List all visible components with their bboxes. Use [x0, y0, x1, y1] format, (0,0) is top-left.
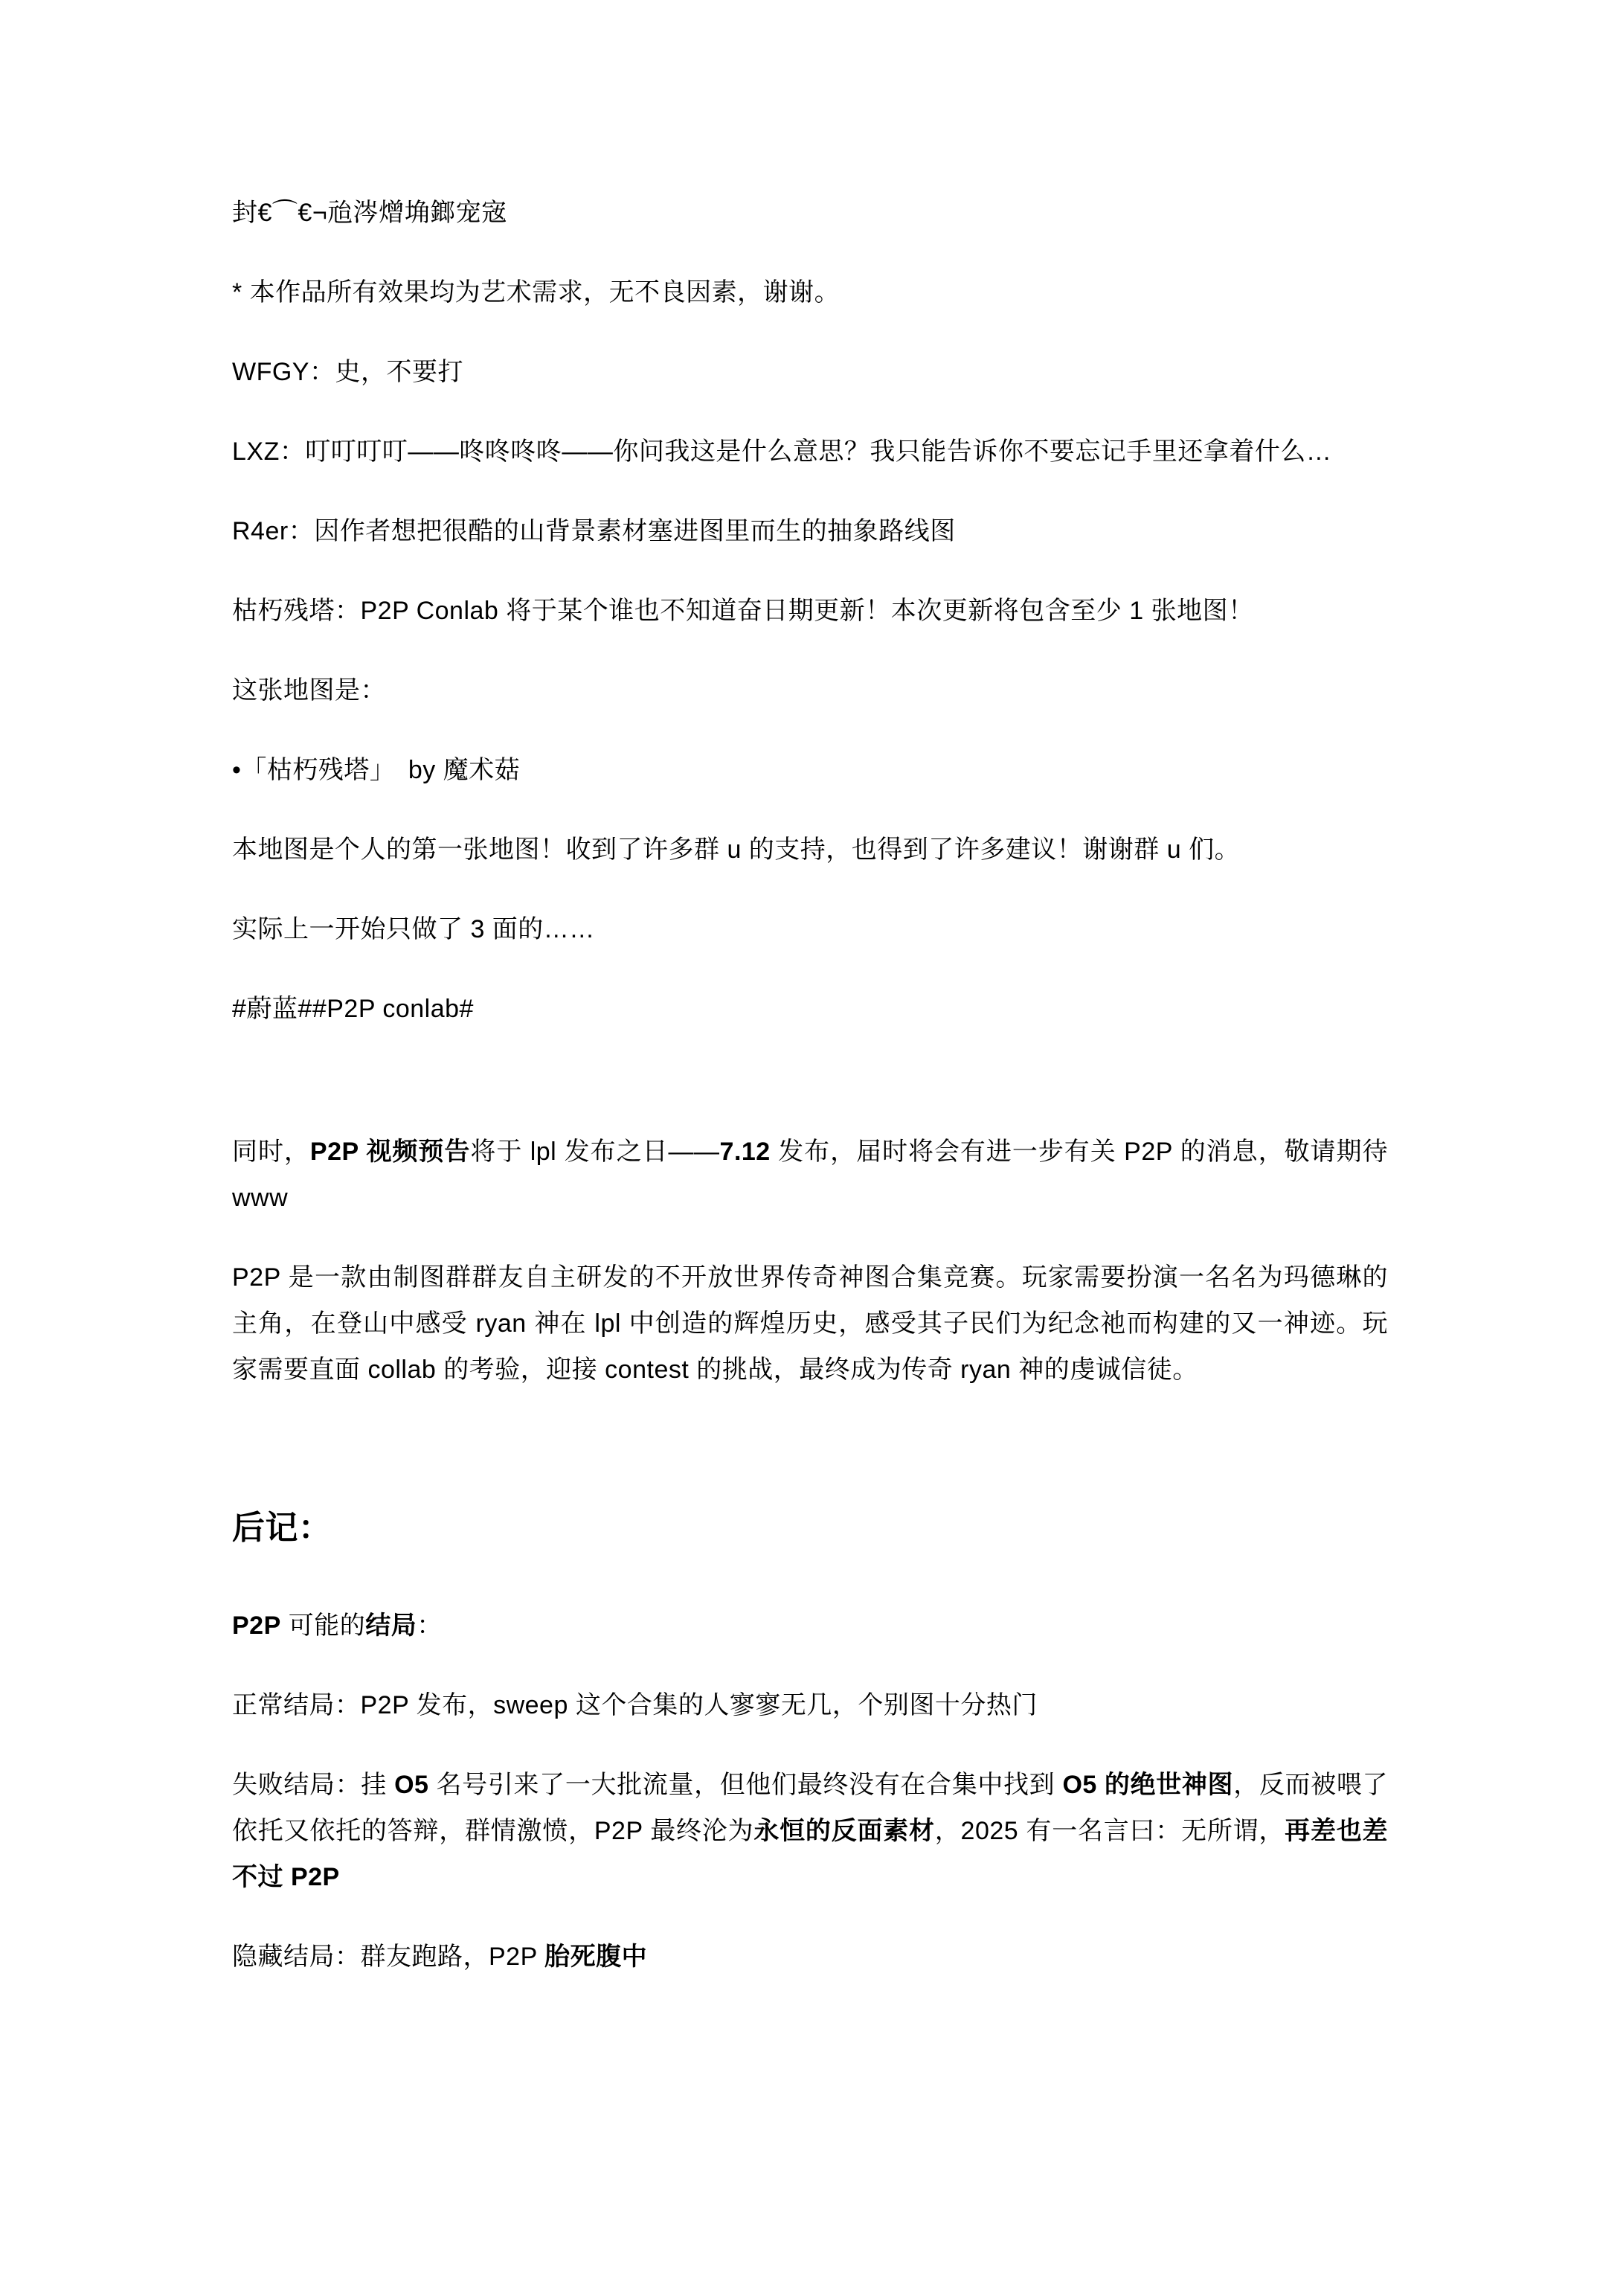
p2p-description: P2P 是一款由制图群群友自主研发的不开放世界传奇神图合集竞赛。玩家需要扮演一名…	[232, 1254, 1388, 1393]
text-run: 失败结局：挂	[232, 1771, 394, 1799]
text-run: R4er：因作者想把很酷的山背景素材塞进图里而生的抽象路线图	[232, 517, 956, 545]
document-body: 封€⌒€¬兘涔熷埆鎯宠宼* 本作品所有效果均为艺术需求，无不良因素，谢谢。WFG…	[232, 190, 1388, 1980]
endings-intro: P2P 可能的结局：	[232, 1603, 1388, 1649]
text-run: 永恒的反面素材	[753, 1817, 934, 1845]
ending-hidden: 隐藏结局：群友跑路，P2P 胎死腹中	[232, 1934, 1388, 1980]
map-bullet-item: •「枯朽残塔」 by 魔术菇	[232, 747, 1388, 793]
blank-line	[232, 1065, 1388, 1095]
text-run: * 本作品所有效果均为艺术需求，无不良因素，谢谢。	[232, 278, 840, 307]
disclaimer-line: * 本作品所有效果均为艺术需求，无不良因素，谢谢。	[232, 269, 1388, 315]
text-run: 同时，	[232, 1138, 310, 1166]
text-run: 枯朽残塔：P2P Conlab 将于某个谁也不知道奋日期更新！本次更新将包含至少…	[232, 597, 1254, 625]
text-run: 胎死腹中	[544, 1943, 647, 1971]
text-run: 后记：	[232, 1510, 332, 1546]
hashtags-line: #蔚蓝##P2P conlab#	[232, 986, 1388, 1032]
comment-r4er: R4er：因作者想把很酷的山背景素材塞进图里而生的抽象路线图	[232, 508, 1388, 554]
update-announcement: 枯朽残塔：P2P Conlab 将于某个谁也不知道奋日期更新！本次更新将包含至少…	[232, 588, 1388, 634]
title-line-mojibake: 封€⌒€¬兘涔熷埆鎯宠宼	[232, 190, 1388, 236]
text-run: O5	[394, 1771, 428, 1799]
text-run: 名号引来了一大批流量，但他们最终没有在合集中找到	[428, 1771, 1062, 1799]
comment-lxz: LXZ：叮叮叮叮——咚咚咚咚——你问我这是什么意思？我只能告诉你不要忘记手里还拿…	[232, 429, 1388, 475]
ending-normal: 正常结局：P2P 发布，sweep 这个合集的人寥寥无几，个别图十分热门	[232, 1682, 1388, 1728]
text-run: 本地图是个人的第一张地图！收到了许多群 u 的支持，也得到了许多建议！谢谢群 u…	[232, 836, 1240, 864]
comment-wfgy: WFGY：史，不要打	[232, 349, 1388, 395]
text-run: 隐藏结局：群友跑路，P2P	[232, 1943, 544, 1971]
text-run: 结局	[365, 1612, 417, 1640]
document-page: 封€⌒€¬兘涔熷埆鎯宠宼* 本作品所有效果均为艺术需求，无不良因素，谢谢。WFG…	[0, 0, 1623, 2296]
video-announcement: 同时，P2P 视频预告将于 lpl 发布之日——7.12 发布，届时将会有进一步…	[232, 1129, 1388, 1221]
text-run: O5 的绝世神图	[1062, 1771, 1233, 1799]
text-run: WFGY：史，不要打	[232, 358, 463, 386]
map-note-origin: 实际上一开始只做了 3 面的……	[232, 906, 1388, 952]
text-run: ，2025 有一名言曰：无所谓，	[935, 1817, 1285, 1845]
text-run: 这张地图是：	[232, 676, 386, 705]
text-run: 可能的	[281, 1612, 365, 1640]
text-run: ：	[417, 1612, 443, 1640]
map-list-intro: 这张地图是：	[232, 667, 1388, 714]
text-run: •「枯朽残塔」 by 魔术菇	[232, 756, 520, 784]
text-run: P2P 是一款由制图群群友自主研发的不开放世界传奇神图合集竞赛。玩家需要扮演一名…	[232, 1263, 1388, 1384]
text-run: 正常结局：P2P 发布，sweep 这个合集的人寥寥无几，个别图十分热门	[232, 1691, 1038, 1719]
text-run: P2P	[232, 1612, 281, 1640]
text-run: #蔚蓝##P2P conlab#	[232, 995, 474, 1023]
text-run: 7.12	[720, 1138, 771, 1166]
afterword-heading: 后记：	[232, 1502, 1388, 1554]
text-run: 封€⌒€¬兘涔熷埆鎯宠宼	[232, 199, 507, 227]
map-note-thanks: 本地图是个人的第一张地图！收到了许多群 u 的支持，也得到了许多建议！谢谢群 u…	[232, 827, 1388, 873]
text-run: 将于 lpl 发布之日——	[470, 1138, 719, 1166]
text-run: 实际上一开始只做了 3 面的……	[232, 915, 595, 943]
text-run: P2P 视频预告	[310, 1138, 470, 1166]
text-run: LXZ：叮叮叮叮——咚咚咚咚——你问我这是什么意思？我只能告诉你不要忘记手里还拿…	[232, 437, 1331, 466]
ending-fail: 失败结局：挂 O5 名号引来了一大批流量，但他们最终没有在合集中找到 O5 的绝…	[232, 1762, 1388, 1900]
